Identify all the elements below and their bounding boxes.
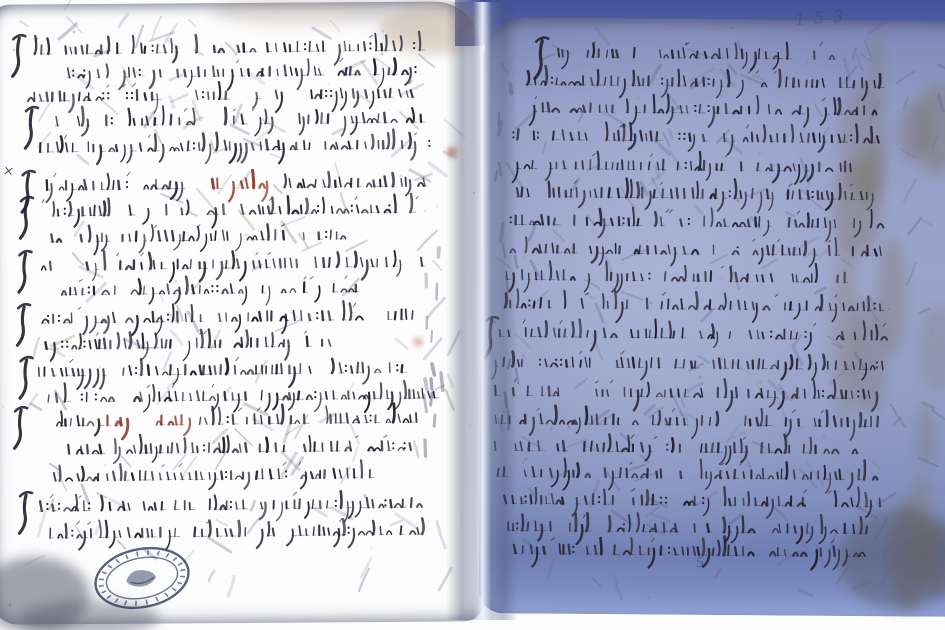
left-page (0, 1, 484, 624)
right-page (479, 17, 945, 617)
manuscript-photo: 153 5 × (0, 0, 945, 630)
